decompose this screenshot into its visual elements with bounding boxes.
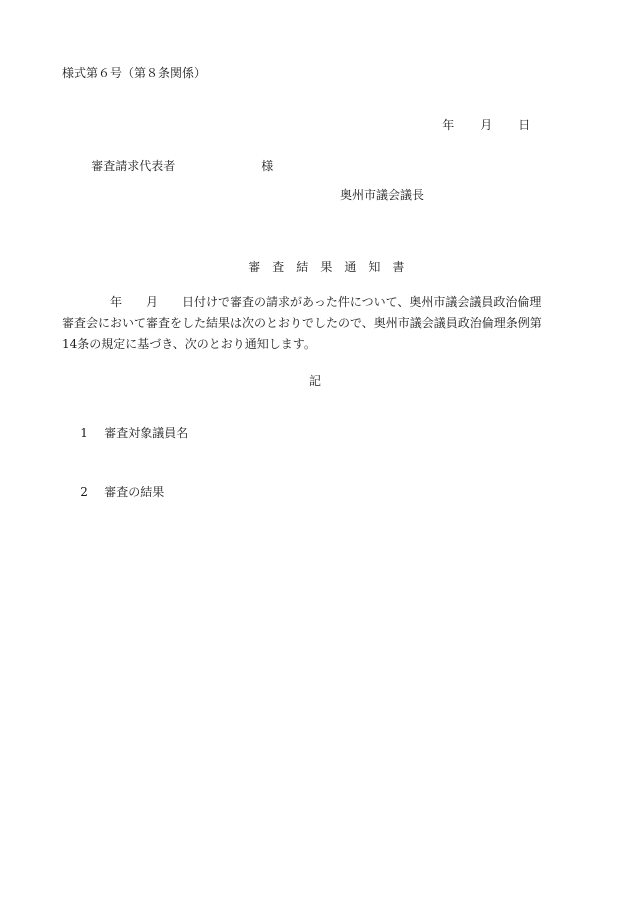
item-label: 審査対象議員名 bbox=[104, 426, 188, 440]
date-day-label: 日 bbox=[518, 119, 530, 131]
date-year-label: 年 bbox=[442, 119, 454, 131]
body-line: 14条の規定に基づき、次のとおり通知します。 bbox=[62, 334, 582, 355]
list-item: 1審査対象議員名 bbox=[65, 415, 188, 451]
document-title: 審査結果通知書 bbox=[233, 249, 404, 285]
addressee-line: 審査請求代表者様 bbox=[76, 148, 273, 184]
title-char: 通 bbox=[344, 261, 356, 273]
date-month-label: 月 bbox=[480, 119, 492, 131]
title-char: 審 bbox=[248, 261, 260, 273]
ki-heading: 記 bbox=[309, 375, 321, 387]
form-number: 様式第６号（第８条関係） bbox=[62, 67, 206, 79]
sender-name: 奥州市議会議長 bbox=[340, 189, 424, 201]
title-char: 査 bbox=[272, 261, 284, 273]
addressee-label: 審査請求代表者 bbox=[91, 159, 175, 173]
addressee-honorific: 様 bbox=[261, 160, 273, 172]
title-char: 知 bbox=[368, 261, 380, 273]
body-paragraph: 年 月 日付けで審査の請求があった件について、奥州市議会議員政治倫理 審査会にお… bbox=[62, 292, 582, 355]
title-char: 書 bbox=[392, 261, 404, 273]
date-line: 年月日 bbox=[427, 107, 530, 143]
item-label: 審査の結果 bbox=[104, 485, 164, 499]
body-line: 審査会において審査をした結果は次のとおりでしたので、奥州市議会議員政治倫理条例第 bbox=[62, 313, 582, 334]
item-number: 2 bbox=[80, 486, 104, 498]
title-char: 果 bbox=[320, 261, 332, 273]
item-number: 1 bbox=[80, 427, 104, 439]
title-char: 結 bbox=[296, 261, 308, 273]
body-line: 年 月 日付けで審査の請求があった件について、奥州市議会議員政治倫理 bbox=[62, 292, 582, 313]
list-item: 2審査の結果 bbox=[65, 474, 164, 510]
